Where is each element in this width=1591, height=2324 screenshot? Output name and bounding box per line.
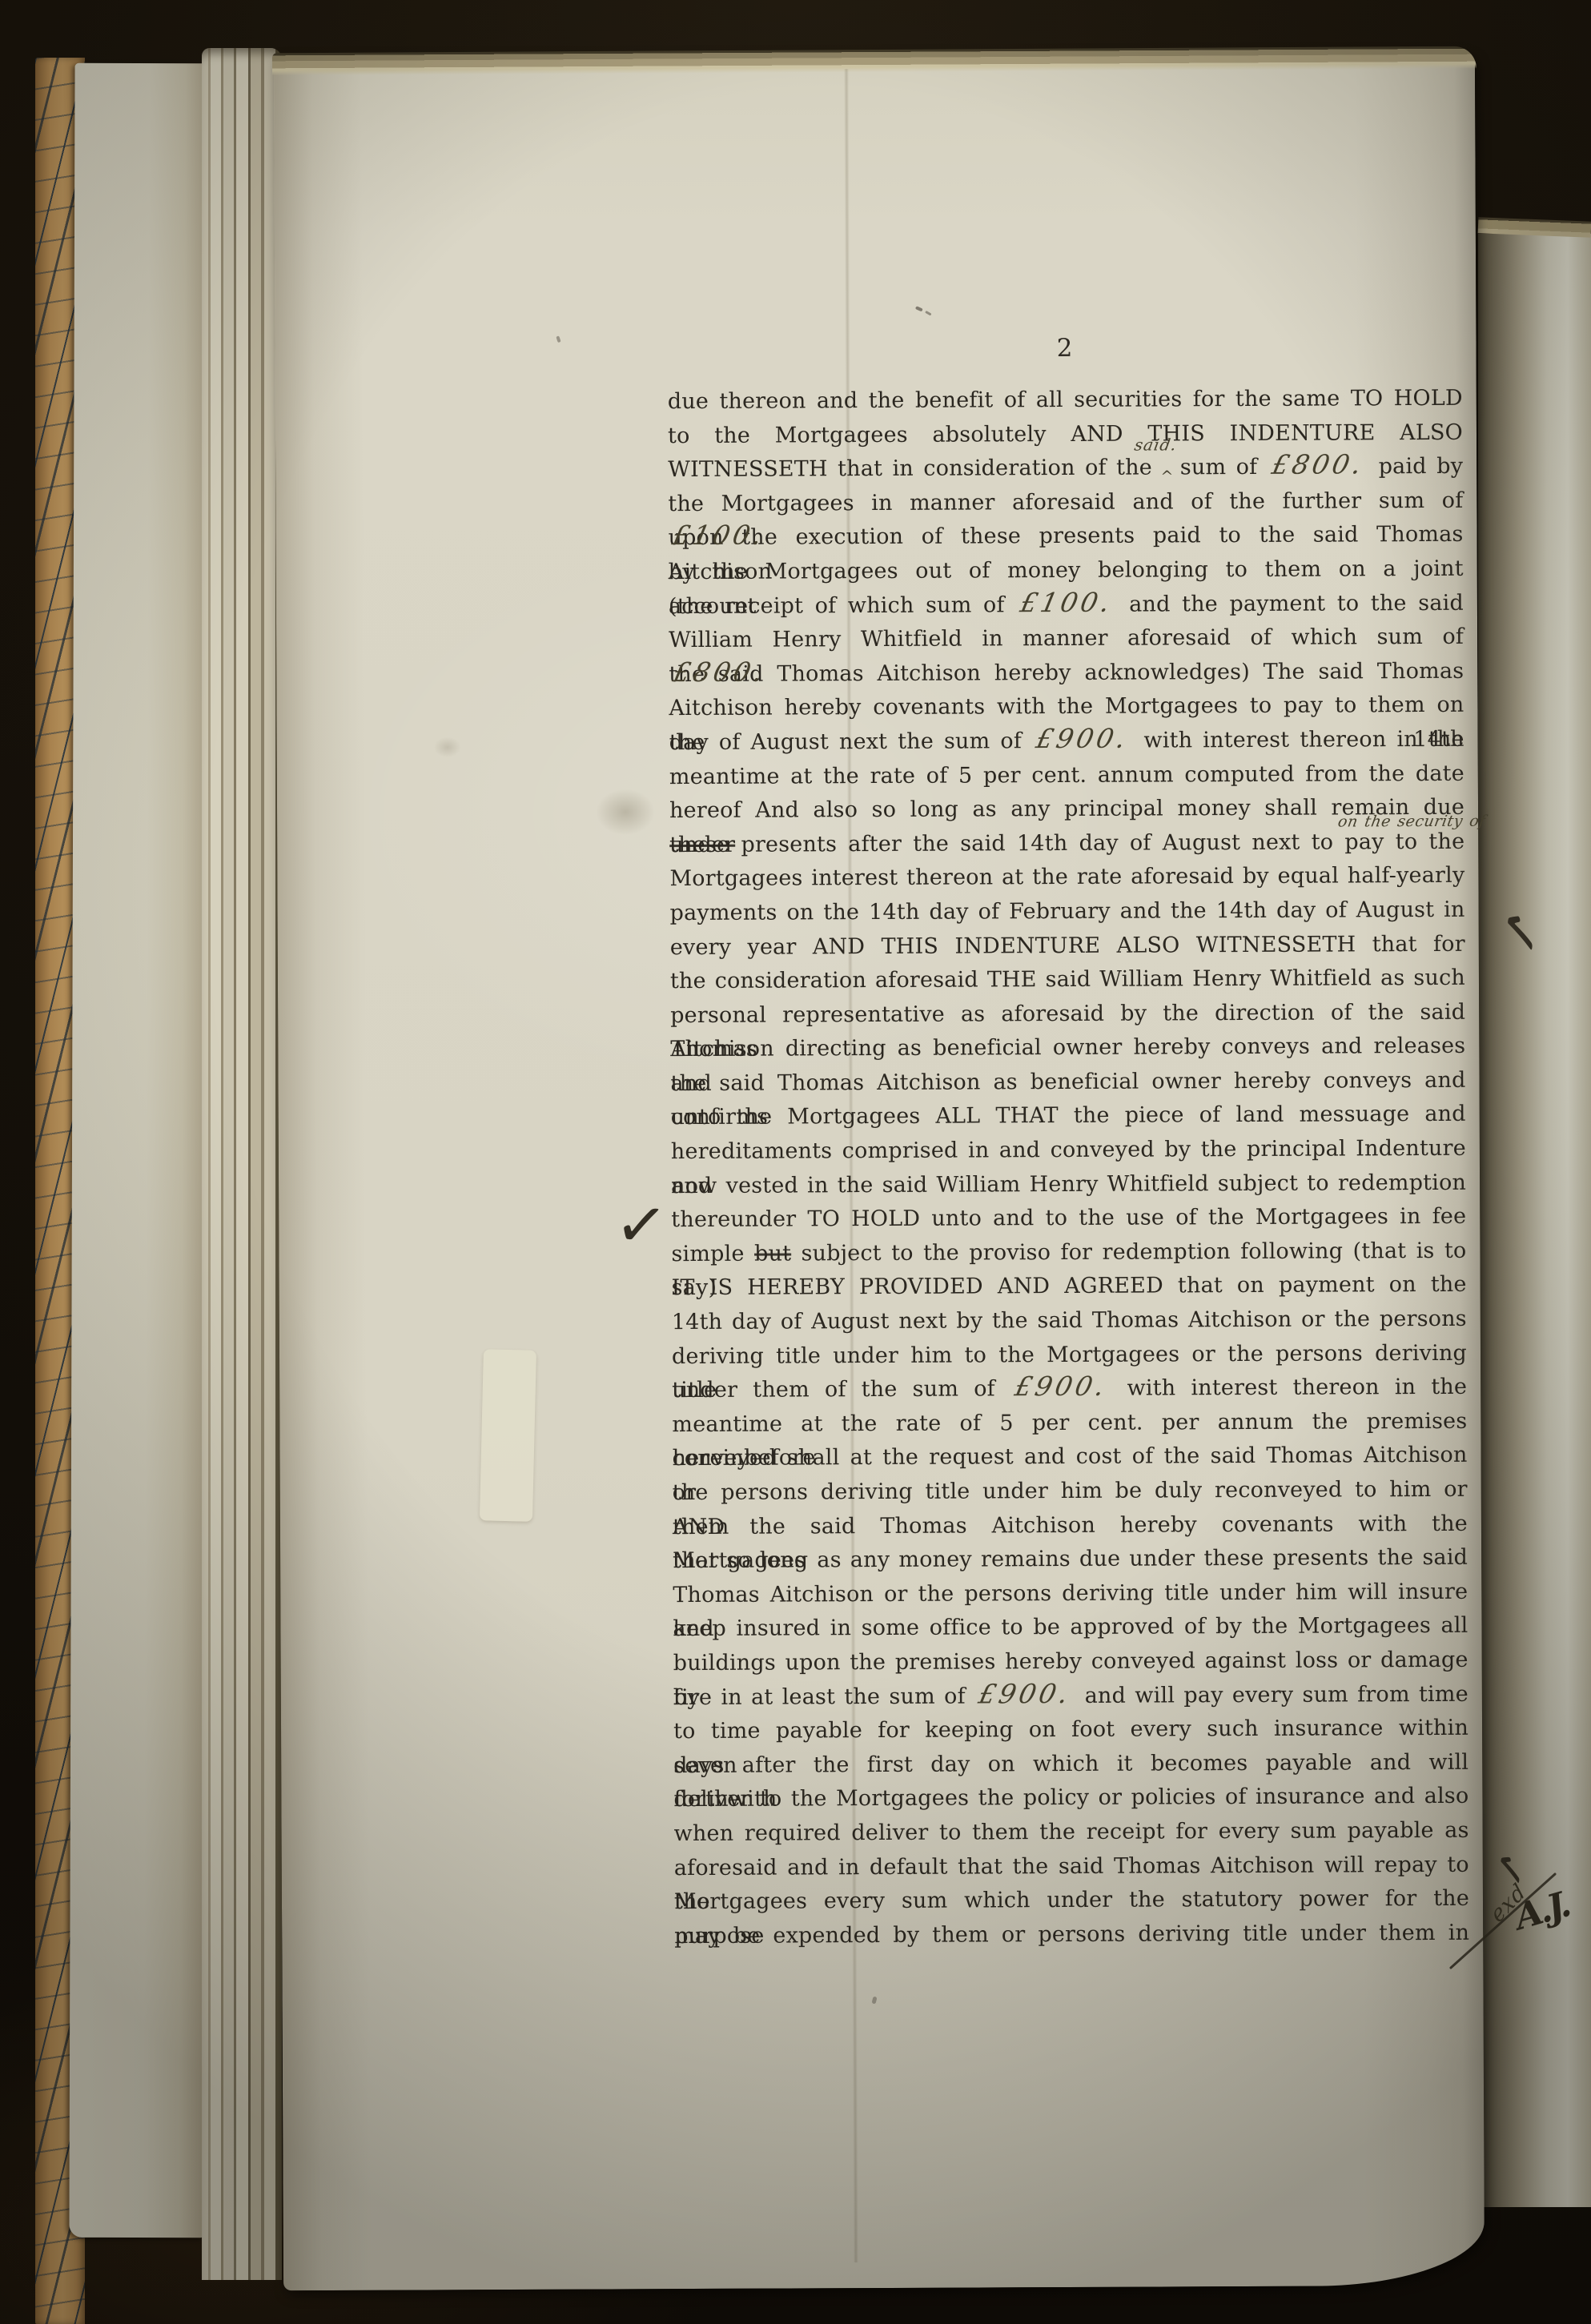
typed-text: 14th day of August next by the said Thom… [672,1306,1467,1335]
text-line: meantime at the rate of 5 per cent. per … [672,1405,1467,1443]
text-line: deriving title under him to the Mortgage… [672,1336,1467,1374]
typed-text: simple [671,1242,744,1266]
paper-repair-patch [480,1349,536,1521]
paper-stain [596,789,655,835]
text-line: AND the said Thomas Aitchison hereby cov… [673,1507,1468,1544]
text-line: hereditaments comprised in and conveyed … [671,1132,1466,1170]
page-number: 2 [667,332,1462,364]
insertion-text: said. [1132,427,1180,462]
typed-text: when required deliver to them the receip… [674,1818,1469,1846]
text-line: that so long as any money remains due un… [673,1541,1468,1579]
text-line: every year AND THIS INDENTURE ALSO WITNE… [670,927,1465,965]
text-line: days after the first day on which it bec… [673,1746,1468,1784]
handwritten-amount: £800. [666,658,773,685]
text-line: personal representative as aforesaid by … [670,995,1465,1033]
text-line: deliver to the Mortgagees the policy or … [673,1780,1468,1817]
ink-speck [556,335,560,343]
text-line: the consideration aforesaid THE said Wil… [670,961,1465,999]
page-top-edge [272,46,1476,76]
text-line: Aitchison directing as beneficial owner … [670,1030,1465,1067]
text-line: hereof And also so long as any principal… [669,791,1464,829]
typed-text: the consideration aforesaid THE said Wil… [670,965,1465,993]
typed-text: unto the Mortgagees ALL THAT the piece o… [671,1102,1466,1130]
text-line: Mortgagees interest thereon at the rate … [669,859,1464,897]
typed-text: the said Thomas Aitchison hereby acknowl… [669,659,1464,687]
handwritten-amount: £900. [1030,725,1136,753]
typed-text: may be expended by them or persons deriv… [674,1921,1469,1949]
text-line: aforesaid and in default that the said T… [674,1848,1469,1885]
handwritten-amount: £100. [1014,588,1120,616]
typed-text: under them of the sum of [672,1377,995,1403]
typed-text: and the payment to the said [1129,590,1464,616]
ink-speck [915,306,923,311]
document-page: 2 due thereon and the benefit of all sec… [274,50,1485,2291]
typed-text: IT IS HEREBY PROVIDED AND AGREED that on… [672,1272,1467,1300]
typed-text: with interest thereon in the [1127,1375,1467,1401]
typed-text: payments on the 14th day of February and… [670,897,1465,925]
text-line: unto the Mortgagees ALL THAT the piece o… [671,1098,1466,1135]
text-line: the Mortgagees in manner aforesaid and o… [668,484,1463,522]
handwritten-amount: £900. [1007,1373,1114,1400]
typed-text: with interest thereon in the [1143,727,1464,753]
text-line: conveyed shall at the request and cost o… [672,1439,1467,1476]
text-line: keep insured in some office to be approv… [673,1609,1468,1647]
text-line: the said Thomas Aitchison hereby acknowl… [669,655,1464,692]
text-line: Mortgagees every sum which under the sta… [674,1882,1469,1920]
text-line: William Henry Whitfield in manner afores… [669,620,1464,658]
text-line: the said Thomas Aitchison as beneficial … [670,1064,1465,1102]
typed-text: meantime at the rate of 5 per cent. annu… [669,761,1464,789]
typed-text: now vested in the said William Henry Whi… [671,1170,1466,1198]
text-line: simple but subject to the proviso for re… [671,1234,1466,1272]
caret-mark: ^ [1160,460,1173,494]
typed-text: due thereon and the benefit of all secur… [668,386,1463,414]
interline-note-anchor: on the security of [1464,827,1464,849]
paper-stain [434,737,461,757]
typed-text: (the receipt of which sum of [669,592,1005,619]
text-line: 14th day of August next by the said Thom… [672,1302,1467,1340]
book-photo-scene: 2 due thereon and the benefit of all sec… [0,0,1591,2324]
text-line: IT IS HEREBY PROVIDED AND AGREED that on… [672,1268,1467,1306]
text-line: payments on the 14th day of February and… [670,893,1465,931]
typed-text: the Mortgagees in manner aforesaid and o… [668,488,1463,516]
text-block: due thereon and the benefit of all secur… [668,382,1470,1954]
text-line: the persons deriving title under him be … [673,1473,1468,1511]
margin-check-mark: ✓ [612,1192,670,1259]
margin-check-mark: ✓ [1489,904,1549,962]
text-line: now vested in the said William Henry Whi… [671,1166,1466,1203]
handwritten-amount: £100. [665,522,772,549]
text-line: by the Mortgagees out of money belonging… [669,552,1464,590]
typed-text: that so long as any money remains due un… [673,1545,1468,1573]
text-line: under them of the sum of £900. with inte… [672,1371,1467,1408]
interline-note: on the security of [1336,804,1489,838]
text-line: meantime at the rate of 5 per cent. annu… [669,757,1464,794]
text-line: (the receipt of which sum of £100. and t… [669,586,1464,624]
text-line: WITNESSETH that in consideration of the … [668,450,1463,488]
text-line: Aitchison hereby covenants with the Mort… [669,688,1464,726]
text-line: day of August next the sum of £900. with… [669,723,1464,761]
handwritten-amount: £900. [972,1680,1079,1707]
typed-text: Mortgagees interest thereon at the rate … [669,863,1464,891]
text-line: upon the execution of these presents pai… [668,518,1463,556]
typed-text: thereunder TO HOLD unto and to the use o… [671,1204,1466,1232]
typed-text: keep insured in some office to be approv… [673,1613,1468,1641]
handwritten-amount: £800. [1264,451,1371,478]
text-line: when required deliver to them the receip… [674,1814,1469,1852]
text-line: thereunder TO HOLD unto and to the use o… [671,1200,1466,1238]
blank-flyleaf-page [69,63,209,2238]
page-stack-edges [202,48,282,2280]
text-line: may be expended by them or persons deriv… [674,1917,1469,1954]
struck-word: but [754,1241,791,1266]
typed-text: to the Mortgagees absolutely AND THIS IN… [668,419,1463,448]
text-line: to time payable for keeping on foot ever… [673,1712,1468,1749]
typed-text: day of August next the sum of [669,729,1022,755]
text-line: fire in at least the sum of £900. and wi… [673,1677,1468,1715]
text-line: Thomas Aitchison or the persons deriving… [673,1575,1468,1613]
typed-text: deliver to the Mortgagees the policy or … [673,1784,1468,1812]
text-line: to the Mortgagees absolutely AND THIS IN… [668,415,1463,453]
typed-text: sum of [1180,455,1258,480]
typed-text: and will pay every sum from time [1085,1681,1468,1708]
typed-text: every year AND THIS INDENTURE ALSO WITNE… [670,931,1465,959]
typed-text: WITNESSETH that in consideration of the [668,456,1152,483]
inserted-word: said.^ [1162,453,1170,475]
ink-speck [925,311,931,316]
typed-text: William Henry Whitfield in manner afores… [669,624,1464,652]
typed-text: fire in at least the sum of [673,1684,966,1710]
text-line: due thereon and the benefit of all secur… [668,382,1463,419]
typed-text: paid by [1379,454,1464,479]
ink-speck [872,1997,878,2005]
text-line: buildings upon the premises hereby conve… [673,1644,1468,1681]
